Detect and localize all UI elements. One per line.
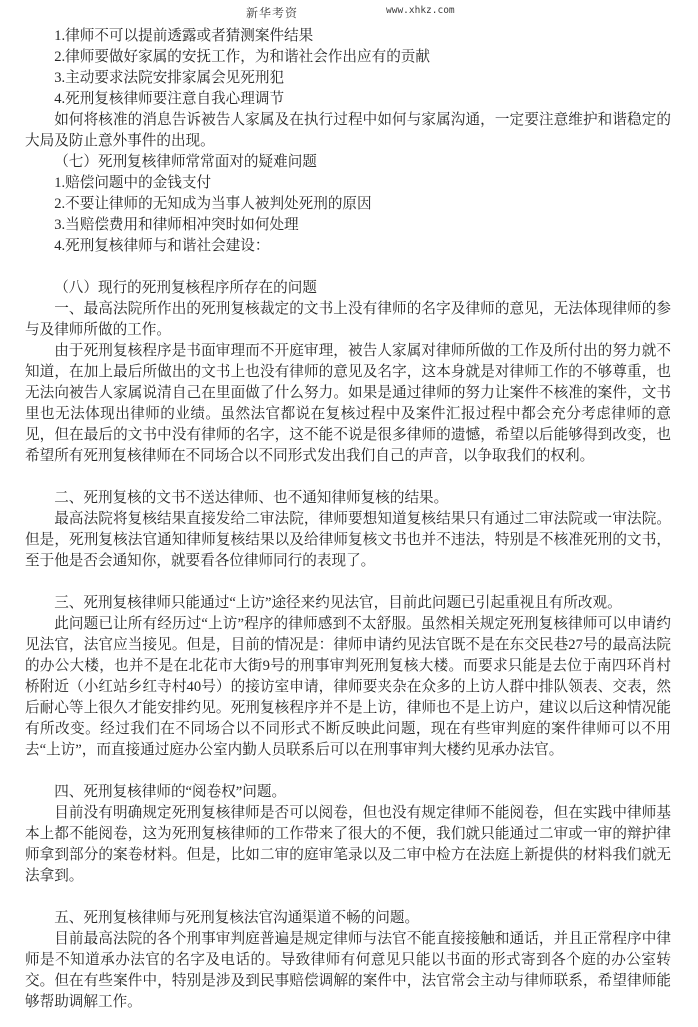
paragraph: 目前最高法院的各个刑事审判庭普遍是规定律师与法官不能直接接触和通话，并且正常程序… [25,929,671,1013]
list-item: 2.不要让律师的无知成为当事人被判处死刑的原因 [25,194,671,215]
section-heading: （七）死刑复核律师常常面对的疑难问题 [25,152,671,173]
document-body: 1.律师不可以提前透露或者猜测案件结果 2.律师要做好家属的安抚工作，为和谐社会… [25,26,671,1013]
list-item: 1.律师不可以提前透露或者猜测案件结果 [25,26,671,47]
paragraph: 目前没有明确规定死刑复核律师是否可以阅卷，但也没有规定律师不能阅卷，但在实践中律… [25,803,671,887]
subsection-heading: 二、死刑复核的文书不送达律师、也不通知律师复核的结果。 [25,488,671,509]
header-brand: 新华考资 [246,4,298,21]
paragraph: 如何将核准的消息告诉被告人家属及在执行过程中如何与家属沟通，一定要注意维护和谐稳… [25,110,671,152]
subsection-heading: 三、死刑复核律师只能通过“上访”途径来约见法官，目前此问题已引起重视且有所改观。 [25,593,671,614]
list-item: 3.主动要求法院安排家属会见死刑犯 [25,68,671,89]
section-heading: （八）现行的死刑复核程序所存在的问题 [25,278,671,299]
subsection-heading: 五、死刑复核律师与死刑复核法官沟通渠道不畅的问题。 [25,908,671,929]
paragraph: 最高法院将复核结果直接发给二审法院，律师要想知道复核结果只有通过二审法院或一审法… [25,509,671,572]
subsection-heading: 一、最高法院所作出的死刑复核裁定的文书上没有律师的名字及律师的意见，无法体现律师… [25,299,671,341]
list-item: 4.死刑复核律师与和谐社会建设： [25,236,671,257]
paragraph: 由于死刑复核程序是书面审理而不开庭审理，被告人家属对律师所做的工作及所付出的努力… [25,341,671,467]
list-item: 1.赔偿问题中的金钱支付 [25,173,671,194]
paragraph: 此问题已让所有经历过“上访”程序的律师感到不太舒服。虽然相关规定死刑复核律师可以… [25,614,671,761]
document-page: 新华考资 www.xhkz.com 1.律师不可以提前透露或者猜测案件结果 2.… [0,0,698,1027]
list-item: 4.死刑复核律师要注意自我心理调节 [25,89,671,110]
list-item: 2.律师要做好家属的安抚工作，为和谐社会作出应有的贡献 [25,47,671,68]
header-website: www.xhkz.com [386,5,455,16]
list-item: 3.当赔偿费用和律师相冲突时如何处理 [25,215,671,236]
subsection-heading: 四、死刑复核律师的“阅卷权”问题。 [25,782,671,803]
